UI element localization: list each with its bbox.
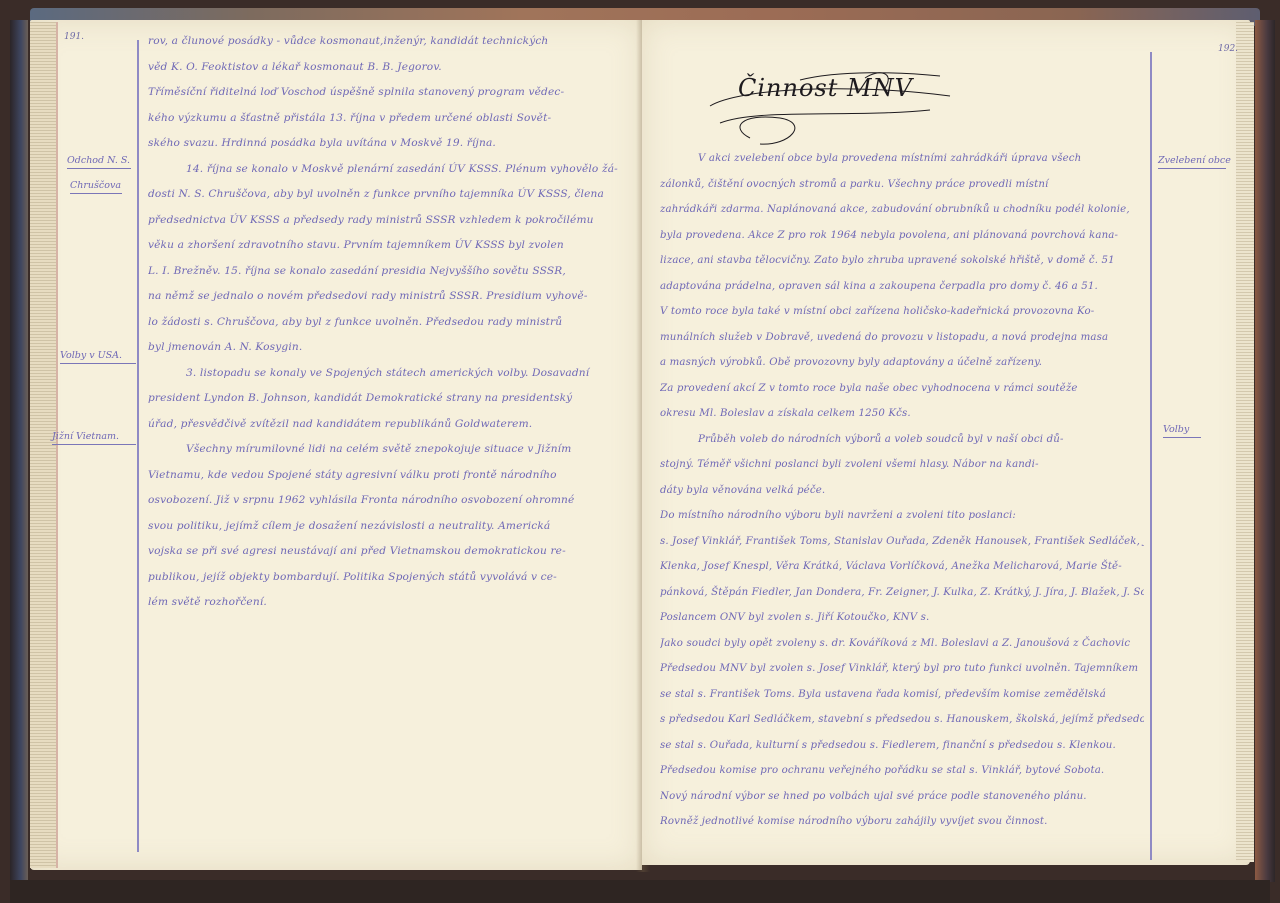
text-line: s. Josef Vinklář, František Toms, Stanis… [660,529,1144,555]
right-page-edges [1236,22,1254,862]
text-line: svou politiku, jejímž cílem je dosažení … [148,514,630,540]
text-line: Průběh voleb do národních výborů a voleb… [660,427,1144,453]
text-line: s předsedou Karl Sedláčkem, stavební s p… [660,707,1144,733]
text-line: Vietnamu, kde vedou Spojené státy agresi… [148,463,630,489]
text-line: kého výzkumu a šťastně přistála 13. říjn… [148,106,630,132]
text-line: president Lyndon B. Johnson, kandidát De… [148,386,630,412]
text-line: lém světě rozhořčení. [148,590,630,616]
left-page-number: 191. [64,32,84,42]
text-line: na němž se jednalo o novém předsedovi ra… [148,284,630,310]
text-line: Rovněž jednotlivé komise národního výbor… [660,809,1144,835]
text-line: zahrádkáři zdarma. Naplánovaná akce, zab… [660,197,1144,223]
left-page-text: rov, a člunové posádky - vůdce kosmonaut… [148,29,630,616]
text-line: Nový národní výbor se hned po volbách uj… [660,784,1144,810]
text-line: okresu Ml. Boleslav a získala celkem 125… [660,401,1144,427]
text-line: byl jmenován A. N. Kosygin. [148,335,630,361]
text-line: dáty byla věnována velká péče. [660,478,1144,504]
text-line: lizace, ani stavba tělocvičny. Zato bylo… [660,248,1144,274]
text-line: věd K. O. Feoktistov a lékař kosmonaut B… [148,55,630,81]
right-page-text: V akci zvelebení obce byla provedena mís… [660,146,1144,835]
text-line: osvobození. Již v srpnu 1962 vyhlásila F… [148,488,630,514]
text-line: munálních služeb v Dobravě, uvedená do p… [660,325,1144,351]
book-cover-left [10,20,28,880]
text-line: V akci zvelebení obce byla provedena mís… [660,146,1144,172]
text-line: Jako soudci byly opět zvoleny s. dr. Kov… [660,631,1144,657]
margin-note-volby-usa: Volby v USA. [60,350,136,364]
margin-note-odchod: Odchod N. S. [67,155,131,169]
right-page-number: 192. [1218,44,1238,54]
text-line: dosti N. S. Chruščova, aby byl uvolněn z… [148,182,630,208]
text-line: věku a zhoršení zdravotního stavu. První… [148,233,630,259]
text-line: vojska se při své agresi neustávají ani … [148,539,630,565]
text-line: Za provedení akcí Z v tomto roce byla na… [660,376,1144,402]
text-line: adaptována prádelna, opraven sál kina a … [660,274,1144,300]
text-line: byla provedena. Akce Z pro rok 1964 neby… [660,223,1144,249]
margin-note-jizni-vietnam: Jižní Vietnam. [52,431,136,445]
text-line: předsednictva ÚV KSSS a předsedy rady mi… [148,208,630,234]
left-margin-rule [137,40,139,852]
text-line: se stal s. František Toms. Byla ustavena… [660,682,1144,708]
book-cover-bottom [10,880,1270,903]
text-line: Předsedou MNV byl zvolen s. Josef Vinklá… [660,656,1144,682]
text-line: publikou, jejíž objekty bombardují. Poli… [148,565,630,591]
text-line: Klenka, Josef Knespl, Věra Krátká, Václa… [660,554,1144,580]
text-line: L. I. Brežněv. 15. října se konalo zased… [148,259,630,285]
left-page-edges [30,22,58,868]
book-cover-right [1255,20,1275,882]
margin-note-volby: Volby [1163,424,1201,438]
text-line: V tomto roce byla také v místní obci zař… [660,299,1144,325]
margin-note-chruscova: Chruščova [70,180,122,194]
margin-note-zvelebeni-obce: Zvelebení obce [1158,155,1226,169]
text-line: zálonků, čištění ovocných stromů a parku… [660,172,1144,198]
right-margin-rule [1150,52,1152,860]
text-line: Všechny mírumilovné lidi na celém světě … [148,437,630,463]
text-line: Tříměsíční řiditelná loď Voschod úspěšně… [148,80,630,106]
text-line: 14. října se konalo v Moskvě plenární za… [148,157,630,183]
text-line: a masných výrobků. Obě provozovny byly a… [660,350,1144,376]
text-line: Předsedou komise pro ochranu veřejného p… [660,758,1144,784]
text-line: Poslancem ONV byl zvolen s. Jiří Kotoučk… [660,605,1144,631]
text-line: rov, a člunové posádky - vůdce kosmonaut… [148,29,630,55]
text-line: stojný. Téměř všichni poslanci byli zvol… [660,452,1144,478]
text-line: úřad, přesvědčivě zvítězil nad kandidáte… [148,412,630,438]
text-line: lo žádosti s. Chruščova, aby byl z funkc… [148,310,630,336]
text-line: pánková, Štěpán Fiedler, Jan Dondera, Fr… [660,580,1144,606]
text-line: ského svazu. Hrdinná posádka byla uvítán… [148,131,630,157]
text-line: Do místního národního výboru byli navrže… [660,503,1144,529]
text-line: se stal s. Ouřada, kulturní s předsedou … [660,733,1144,759]
text-line: 3. listopadu se konaly ve Spojených stát… [148,361,630,387]
section-title: Činnost MNV [738,74,913,102]
